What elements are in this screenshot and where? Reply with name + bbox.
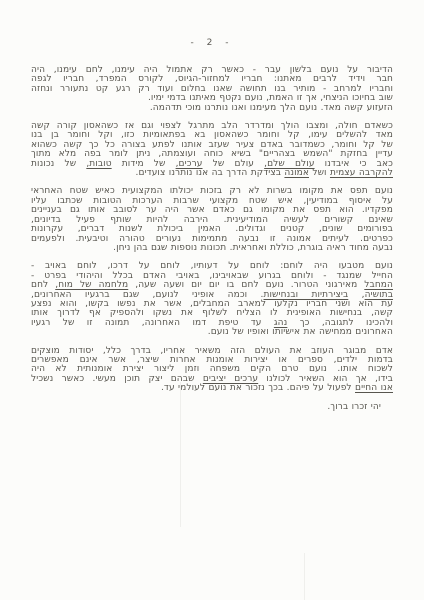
text-segment: האחרונים ממחישה את אישיותו ואופיו של נוע… (208, 327, 393, 337)
text-line: האחרונים ממחישה את אישיותו ואופיו של נוע… (31, 328, 393, 337)
text-segment: לפעול על פיהם. בכך נזכור את נועם לעולמי … (161, 383, 355, 393)
document-body: הדיבור על נועם בלשון עבר - כאשר רק אתמול… (31, 66, 393, 412)
closing-line: יהי זכרו ברוך. (31, 403, 393, 412)
text-line: הזעזוע קשה מאד. נועם הלך מעימנו ואנו נות… (31, 104, 393, 113)
underlined-text: אנו החיים (355, 383, 393, 393)
scan-crease-line (180, 382, 181, 527)
text-segment: של נכונות (31, 159, 86, 169)
text-line: להקרבה עצמית ושל אמונה בצידקת הדרך בה אנ… (31, 169, 393, 178)
underlined-text: טובות, (86, 159, 111, 169)
text-segment: נבעה מחוד ראיה בוגרת, כוללת ואחראית. תכו… (113, 243, 393, 253)
paragraph: אדם מבוגר העוזב את העולם הזה משאיר אחריו… (31, 347, 393, 394)
text-segment: בצידקת הדרך בה אנו נותרנו צועדים. (136, 168, 285, 178)
text-segment: ושל (309, 168, 330, 178)
scanned-document-page: - 2 - הדיבור על נועם בלשון עבר - כאשר רק… (0, 0, 424, 600)
text-segment: הזעזוע קשה מאד. נועם הלך מעימנו ואנו נות… (150, 103, 393, 113)
paragraph: כשאדם חולה, ומצבו הולך ומדרדר הלב מתרגל … (31, 122, 393, 178)
text-line: אנו החיים לפעול על פיהם. בכך נזכור את נו… (31, 384, 393, 393)
scan-crease-line (304, 553, 305, 600)
underlined-text: אמונה (284, 168, 309, 178)
paragraph: הדיבור על נועם בלשון עבר - כאשר רק אתמול… (31, 66, 393, 113)
paragraph: נועם תפס את מקומו בשרות לא רק בזכות יכול… (31, 187, 393, 253)
paragraph: נועם מטבעו היה לוחם: לוחם על דעותיו, לוח… (31, 262, 393, 337)
page-number: - 2 - (0, 38, 424, 48)
underlined-text: להקרבה עצמית (330, 168, 393, 178)
text-line: נבעה מחוד ראיה בוגרת, כוללת ואחראית. תכו… (31, 244, 393, 253)
